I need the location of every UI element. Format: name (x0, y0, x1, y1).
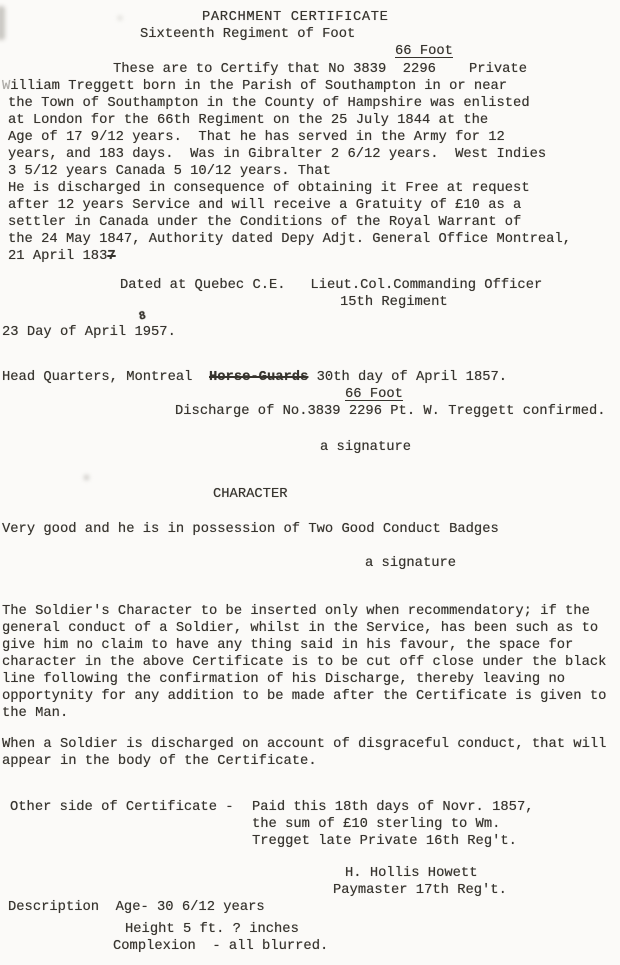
text-segment: Age of 17 9/12 years. That he has served… (8, 130, 505, 145)
text-segment: 23 Day of April 1957. (2, 325, 176, 340)
text-segment: give him no claim to have any thing said… (2, 638, 573, 653)
document-line: 15th Regiment (340, 295, 448, 310)
text-segment: settler in Canada under the Conditions o… (8, 215, 521, 230)
document-line: settler in Canada under the Conditions o… (8, 215, 521, 230)
text-segment: appear in the body of the Certificate. (2, 754, 317, 769)
text-segment: Paymaster 17th Reg't. (333, 883, 507, 898)
text-segment: W (2, 79, 10, 94)
document-line: When a Soldier is discharged on account … (2, 737, 606, 752)
document-line: Dated at Quebec C.E. Lieut.Col.Commandin… (120, 278, 542, 293)
document-line: The Soldier's Character to be inserted o… (2, 604, 590, 619)
text-segment: the Man. (2, 706, 68, 721)
reverse-side-label: Other side of Certificate - (10, 800, 234, 815)
text-segment: 8 (138, 309, 147, 323)
text-segment: character in the above Certificate is to… (2, 655, 606, 670)
text-segment: opportynity for any addition to be made … (2, 689, 606, 704)
text-segment: Height 5 ft. ? inches (125, 922, 299, 937)
document-line: He is discharged in consequence of obtai… (8, 181, 530, 196)
text-segment: the 24 May 1847, Authority dated Depy Ad… (8, 232, 571, 247)
text-segment: 15th Regiment (340, 295, 448, 310)
document-line: after 12 years Service and will receive … (8, 198, 521, 213)
document-line: general conduct of a Soldier, whilst in … (2, 621, 598, 636)
text-segment: The Soldier's Character to be inserted o… (2, 604, 590, 619)
text-segment: illiam Treggett born in the Parish of So… (10, 79, 507, 94)
text-segment: years, and 183 days. Was in Gibralter 2 … (8, 147, 546, 162)
document-line: the Town of Southampton in the County of… (8, 96, 530, 111)
text-segment: Other side of Certificate - (10, 800, 234, 815)
document-line: give him no claim to have any thing said… (2, 638, 573, 653)
document-line: William Treggett born in the Parish of S… (2, 79, 507, 94)
signature-note: a signature (365, 556, 456, 571)
document-line: Discharge of No.3839 2296 Pt. W. Tregget… (175, 404, 606, 419)
text-segment: When a Soldier is discharged on account … (2, 737, 606, 752)
document-line: years, and 183 days. Was in Gibralter 2 … (8, 147, 546, 162)
text-segment: Paid this 18th days of Novr. 1857, (252, 800, 534, 815)
document-line: line following the confirmation of his D… (2, 672, 565, 687)
document-line: the sum of £10 sterling to Wm. (252, 817, 500, 832)
document-line: Paymaster 17th Reg't. (333, 883, 507, 898)
document-line: character in the above Certificate is to… (2, 655, 606, 670)
scan-smudge (0, 6, 5, 40)
signature-note: a signature (320, 440, 411, 455)
document-line: at London for the 66th Regiment on the 2… (8, 113, 488, 128)
text-segment: CHARACTER (213, 487, 288, 502)
text-segment: a signature (320, 440, 411, 455)
text-segment: Head Quarters, Montreal (2, 370, 209, 385)
document-line: opportynity for any addition to be made … (2, 689, 606, 704)
text-segment: the sum of £10 sterling to Wm. (252, 817, 500, 832)
scan-smudge (118, 16, 122, 20)
document-line: the 24 May 1847, Authority dated Depy Ad… (8, 232, 571, 247)
corps-label: 66 Foot (345, 387, 403, 402)
text-segment: at London for the 66th Regiment on the 2… (8, 113, 488, 128)
doc-subtitle: Sixteenth Regiment of Foot (140, 27, 355, 42)
text-segment: general conduct of a Soldier, whilst in … (2, 621, 598, 636)
text-segment: These are to Certify that No 3839 2296 P… (113, 62, 527, 77)
text-segment: Very good and he is in possession of Two… (2, 522, 499, 537)
text-segment: H. Hollis Howett (345, 866, 477, 881)
text-segment: Complexion - all blurred. (113, 939, 328, 954)
document-line: Age of 17 9/12 years. That he has served… (8, 130, 505, 145)
document-line: Height 5 ft. ? inches (125, 922, 299, 937)
text-segment: 21 April 183 (8, 249, 107, 264)
document-line: Very good and he is in possession of Two… (2, 522, 499, 537)
text-segment: Description Age- 30 6/12 years (8, 900, 265, 915)
document-line: 23 Day of April 1957. (2, 325, 176, 340)
text-segment: Sixteenth Regiment of Foot (140, 27, 355, 42)
document-line: These are to Certify that No 3839 2296 P… (113, 62, 527, 77)
description-line: Description Age- 30 6/12 years (8, 900, 265, 915)
text-segment: line following the confirmation of his D… (2, 672, 565, 687)
scan-smudge (84, 475, 89, 480)
document-line: Tregget late Private 16th Reg't. (252, 834, 517, 849)
signature-name: H. Hollis Howett (345, 866, 477, 881)
document-line: 3 5/12 years Canada 5 10/12 years. That (8, 164, 331, 179)
section-heading: CHARACTER (213, 487, 288, 502)
text-segment: after 12 years Service and will receive … (8, 198, 521, 213)
text-segment: 3 5/12 years Canada 5 10/12 years. That (8, 164, 331, 179)
text-segment: 7 (107, 249, 115, 264)
text-segment: PARCHMENT CERTIFICATE (202, 10, 388, 25)
corrected-date: 21 April 1837 (8, 249, 116, 264)
text-segment: a signature (365, 556, 456, 571)
text-segment: Dated at Quebec C.E. Lieut.Col.Commandin… (120, 278, 542, 293)
document-page: PARCHMENT CERTIFICATESixteenth Regiment … (0, 0, 620, 965)
text-segment: Discharge of No.3839 2296 Pt. W. Tregget… (175, 404, 606, 419)
document-line: the Man. (2, 706, 68, 721)
document-line: Complexion - all blurred. (113, 939, 328, 954)
text-segment: 66 Foot (395, 44, 453, 59)
text-segment: He is discharged in consequence of obtai… (8, 181, 530, 196)
document-line: Paid this 18th days of Novr. 1857, (252, 800, 534, 815)
headquarters-line: Head Quarters, Montreal Horse-Guards 30t… (2, 370, 507, 385)
text-segment: the Town of Southampton in the County of… (8, 96, 530, 111)
overtyped-correction: 8 (138, 308, 148, 324)
text-segment: Tregget late Private 16th Reg't. (252, 834, 517, 849)
text-segment: 66 Foot (345, 387, 403, 402)
doc-title: PARCHMENT CERTIFICATE (202, 10, 388, 25)
document-line: appear in the body of the Certificate. (2, 754, 317, 769)
corps-label: 66 Foot (395, 44, 453, 59)
text-segment: 30th day of April 1857. (308, 370, 507, 385)
text-segment: Horse-Guards (209, 370, 308, 385)
